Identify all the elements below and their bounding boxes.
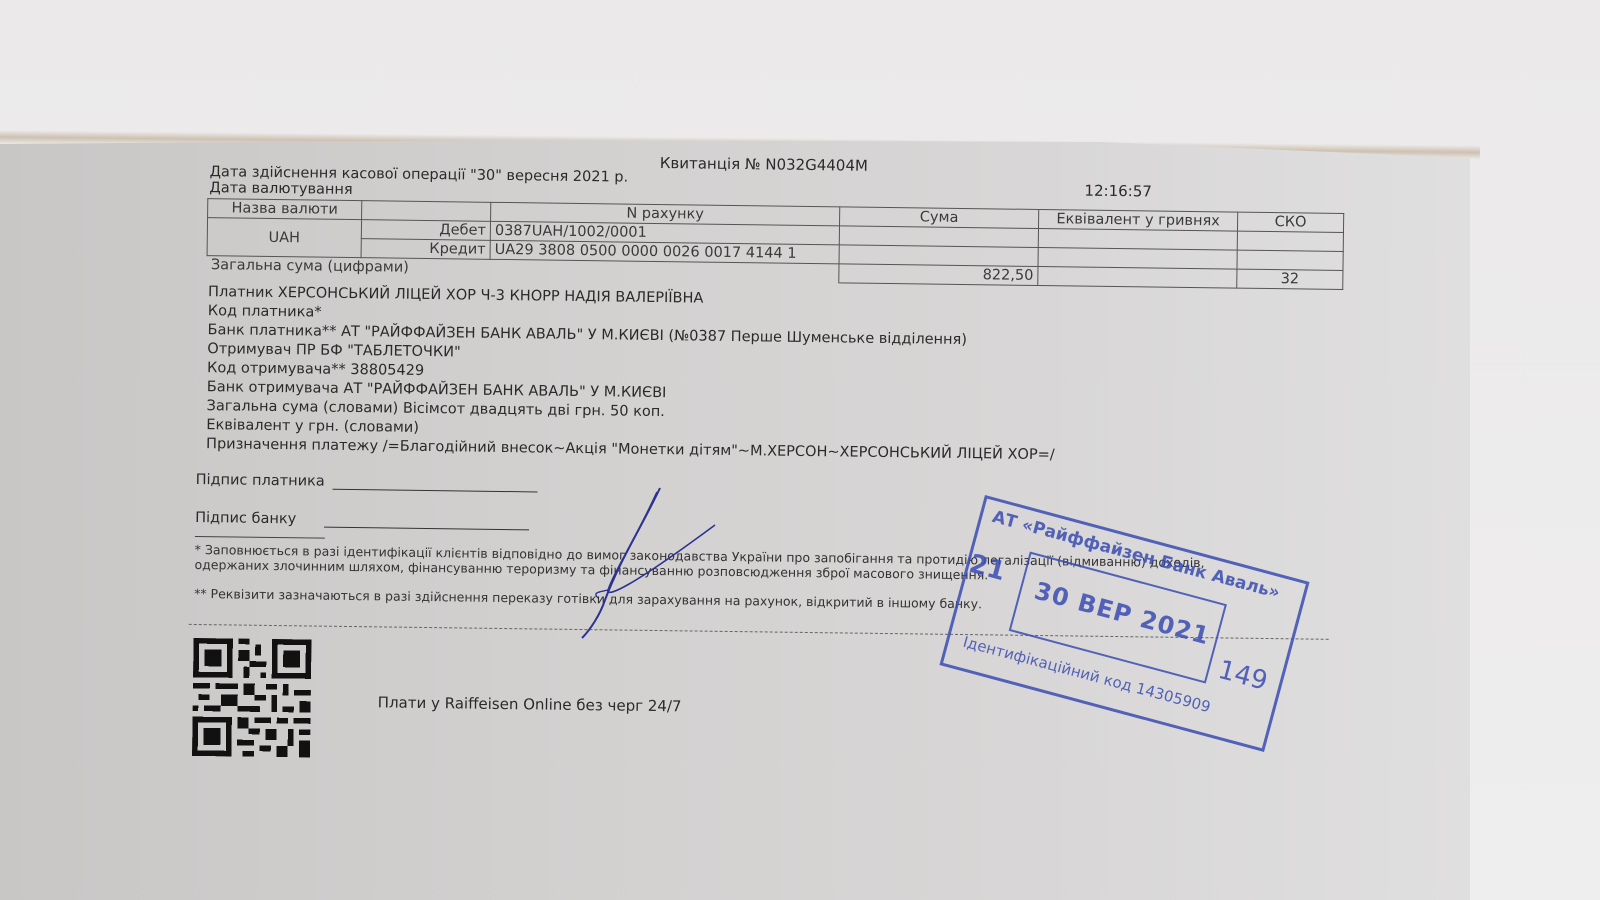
recipient-bank: Банк отримувача АТ "РАЙФФАЙЗЕН БАНК АВАЛ… (207, 379, 667, 401)
header-currency: Назва валюти (208, 199, 362, 220)
value-date-label: Дата валютування (209, 180, 352, 198)
accounts-table: Назва валюти N рахунку Сума Еквівалент у… (206, 198, 1344, 290)
payer-signature-label: Підпис платника (196, 472, 325, 490)
debit-equivalent (1038, 228, 1237, 250)
receipt-title: Квитанція № N032G4404M (660, 154, 868, 175)
bank-signature-field: Підпис банку (195, 510, 529, 530)
promo-text: Плати у Raiffeisen Online без черг 24/7 (378, 693, 682, 715)
stamp-number: 149 (1215, 655, 1271, 697)
currency-cell: UAH (207, 218, 361, 258)
header-equivalent: Еквівалент у гривнях (1038, 209, 1237, 231)
debit-amount (839, 226, 1038, 248)
operation-time: 12:16:57 (1084, 182, 1152, 201)
recipient: Отримувач ПР БФ "ТАБЛЕТОЧКИ" (207, 341, 461, 360)
footnote-divider (195, 536, 325, 539)
total-sko: 32 (1237, 269, 1343, 289)
credit-amount (839, 245, 1038, 267)
equivalent-words: Еквівалент у грн. (словами) (206, 417, 419, 436)
stamp-day-prefix: 21 (966, 549, 1009, 587)
payment-purpose: Призначення платежу /=Благодійний внесок… (206, 436, 1055, 463)
credit-sko (1237, 250, 1343, 270)
qr-code-icon (192, 638, 312, 758)
credit-label: Кредит (361, 239, 490, 260)
bank-signature-label: Підпис банку (195, 510, 296, 527)
header-blank (362, 201, 491, 222)
payer-signature-line (333, 475, 538, 493)
payer-code: Код платника* (208, 303, 322, 320)
signature-icon (560, 480, 740, 640)
payer-signature-field: Підпис платника (196, 472, 538, 492)
debit-sko (1237, 231, 1343, 251)
header-amount: Сума (840, 207, 1039, 229)
header-sko: СКО (1237, 212, 1343, 232)
total-amount: 822,50 (839, 264, 1038, 286)
total-words: Загальна сума (словами) Вісімсот двадцят… (206, 398, 664, 420)
total-equivalent (1038, 266, 1237, 288)
credit-equivalent (1038, 247, 1237, 269)
debit-label: Дебет (361, 220, 490, 241)
recipient-code: Код отримувача** 38805429 (207, 360, 424, 379)
bank-signature-line (324, 513, 529, 531)
